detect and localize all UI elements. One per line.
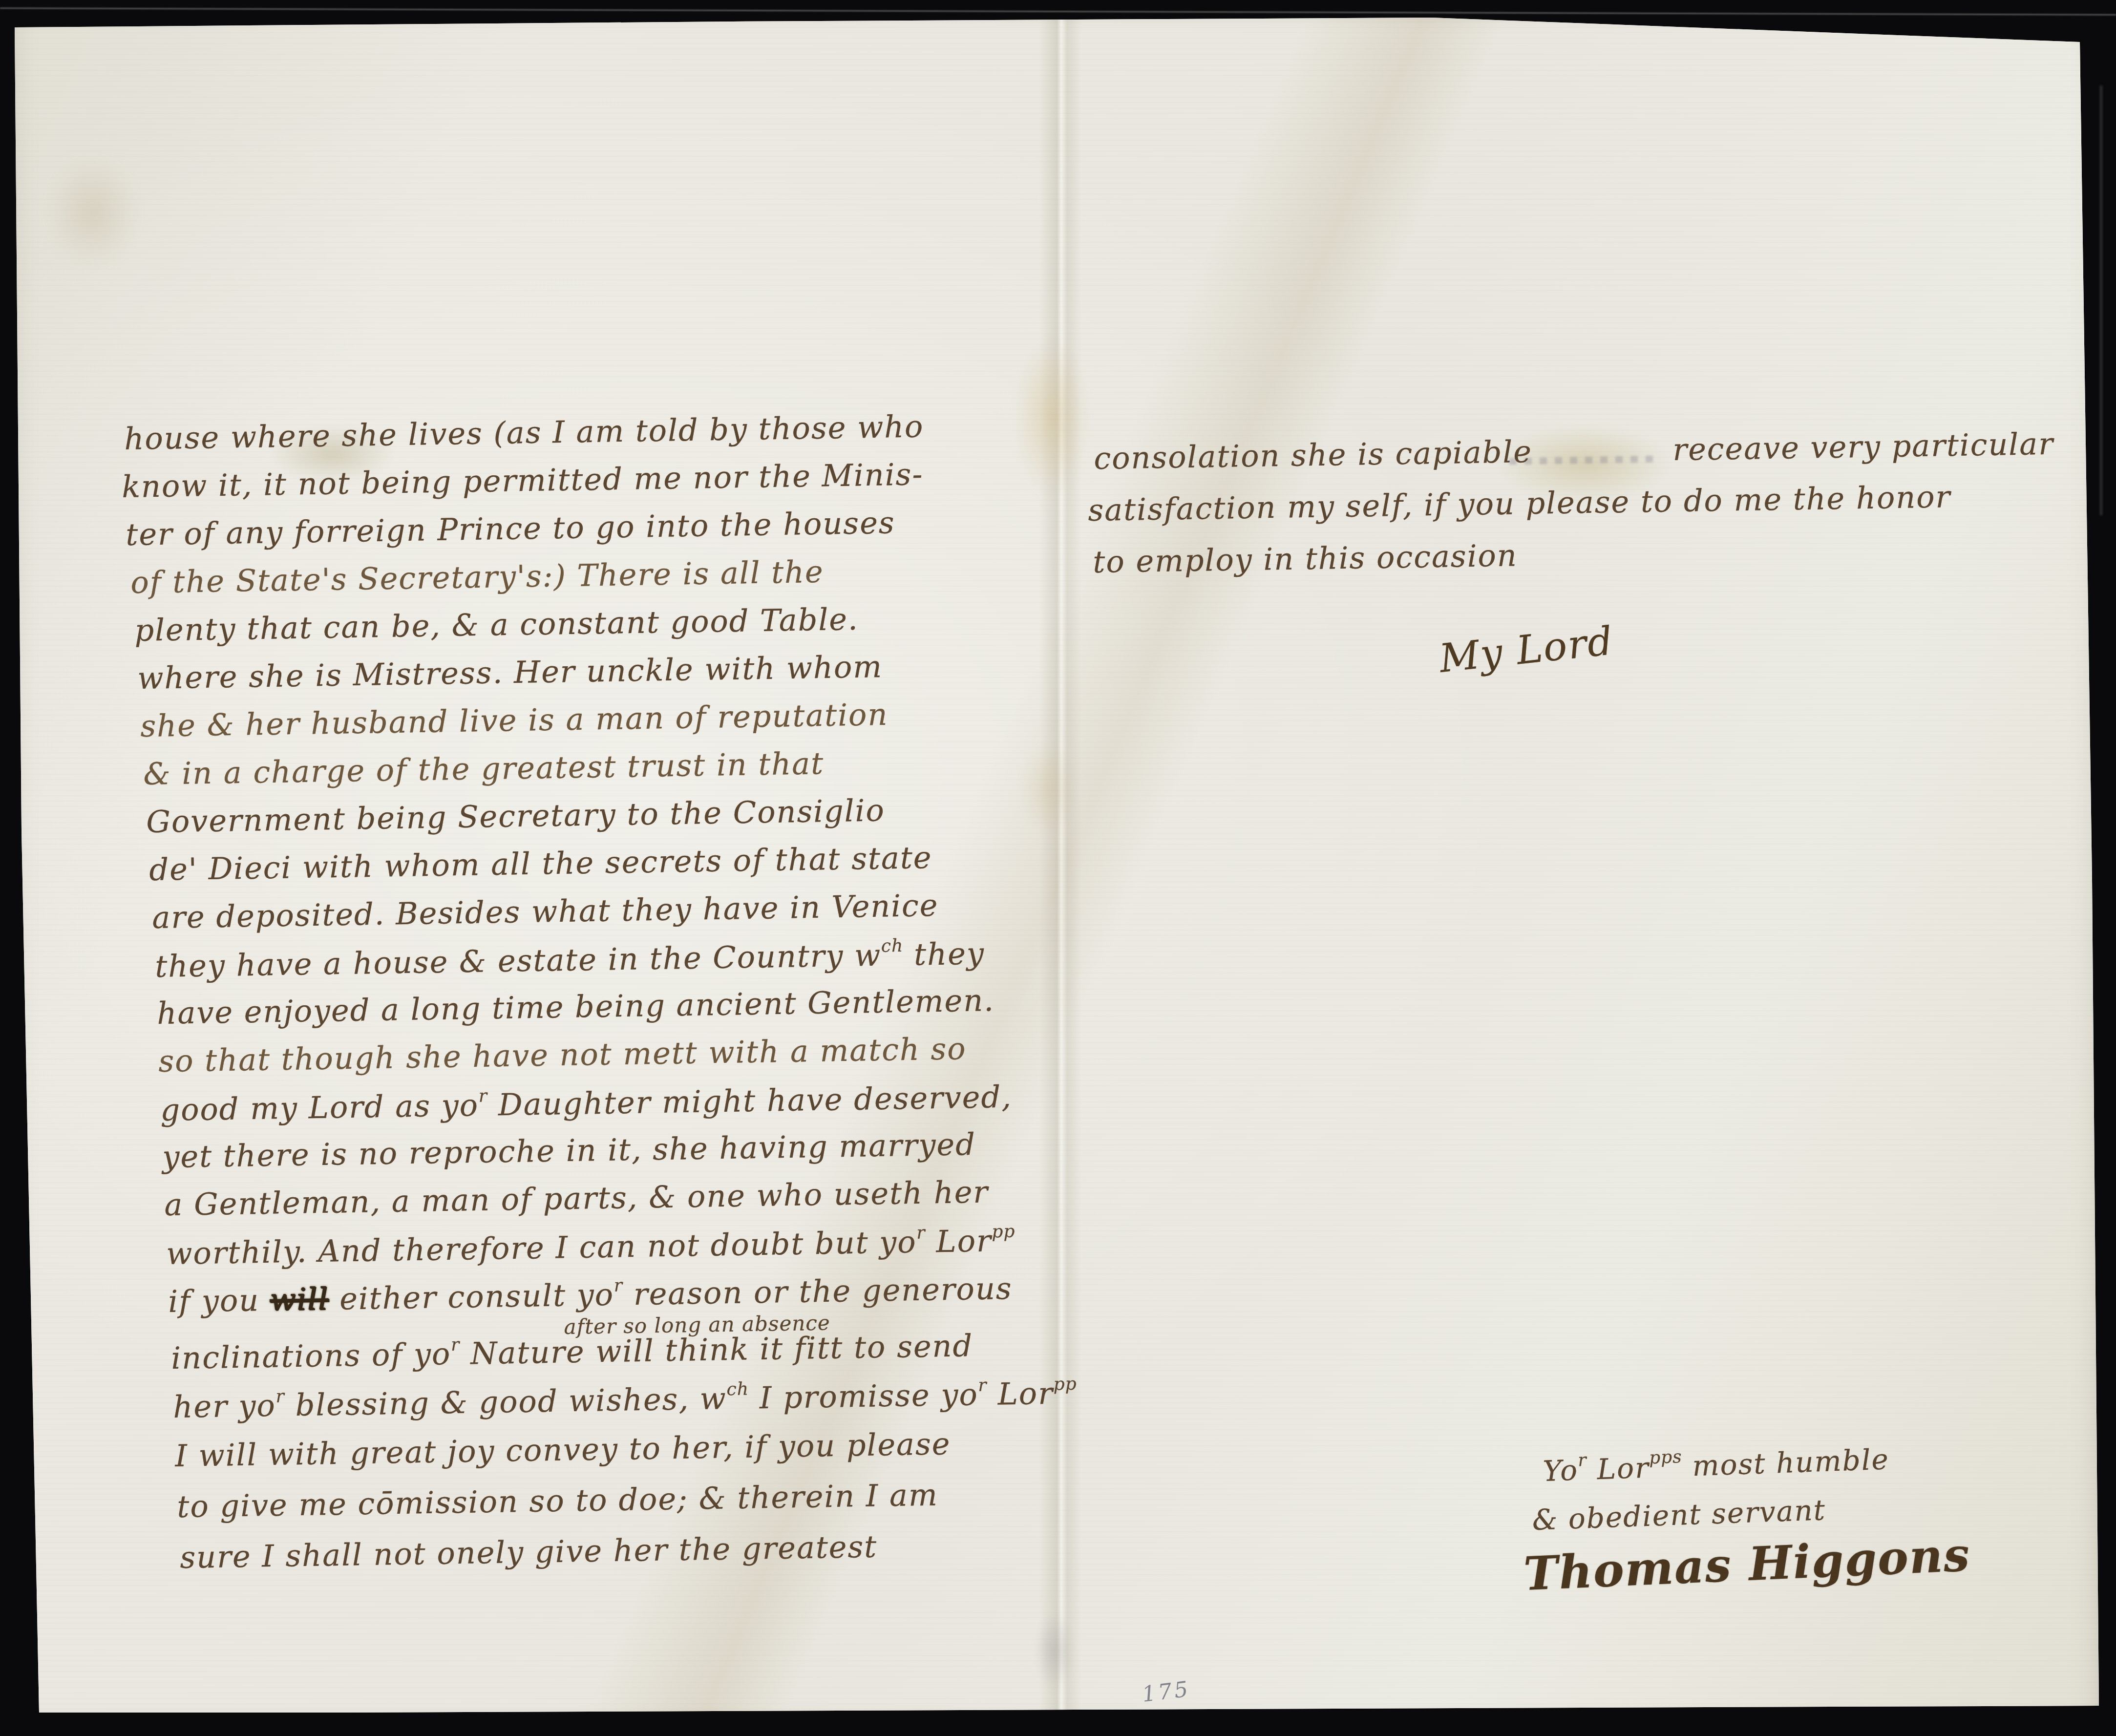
- backing-mat-line: [0, 7, 2116, 16]
- line-text: she & her husband live is a man of reput…: [140, 697, 889, 744]
- line-text: Daughter might have deserved,: [487, 1079, 1013, 1123]
- line-text: a Gentleman, a man of parts, & one who u…: [164, 1174, 989, 1223]
- line-text: sure I shall not onely give her the grea…: [180, 1529, 878, 1575]
- line-text: Lor: [925, 1223, 992, 1259]
- stain: [1021, 742, 1075, 835]
- stain: [46, 156, 139, 269]
- line-text: plenty that can be, & a constant good Ta…: [134, 601, 859, 648]
- superscript-abbreviation: r: [978, 1376, 987, 1396]
- line-text: know it, it not being permitted me nor t…: [122, 456, 924, 505]
- manuscript-line: to employ in this occasion: [1093, 537, 1518, 580]
- stain: [1035, 1612, 1074, 1690]
- superscript-abbreviation: ch: [881, 936, 904, 956]
- folio-number-text: 175: [1141, 1676, 1191, 1707]
- centre-fold-crease: [1039, 18, 1081, 1711]
- manuscript-line: have enjoyed a long time being ancient G…: [157, 982, 995, 1031]
- line-text: most humble: [1682, 1442, 1890, 1483]
- line-text: good my Lord as yo: [160, 1087, 479, 1128]
- line-text: of the State's Secretary's:) There is al…: [130, 554, 824, 600]
- line-text: My Lord: [1437, 618, 1615, 681]
- manuscript-line: consolation she is capiable: [1094, 434, 1533, 476]
- manuscript-line: where she is Mistress. Her unckle with w…: [137, 649, 883, 696]
- line-text: yet there is no reproche in it, she havi…: [162, 1126, 976, 1175]
- manuscript-line: of the State's Secretary's:) There is al…: [130, 554, 824, 600]
- erased-word-remnant: [1509, 455, 1661, 465]
- line-text: receave very particular: [1672, 426, 2054, 467]
- line-text: inclinations of yo: [171, 1336, 451, 1376]
- line-text: de' Dieci with whom all the secrets of t…: [149, 840, 932, 888]
- manuscript-line: if you will either consult yor reason or…: [168, 1270, 1013, 1319]
- line-text: if you: [168, 1282, 271, 1319]
- erased-ink-smudge: [1499, 426, 1670, 502]
- closing-line: Yor Lorpps most humble: [1542, 1440, 1889, 1488]
- line-text: have enjoyed a long time being ancient G…: [157, 982, 995, 1031]
- struck-out-word: will: [270, 1281, 329, 1318]
- superscript-abbreviation: pps: [1649, 1447, 1682, 1468]
- line-text: are deposited. Besides what they have in…: [152, 888, 939, 935]
- manuscript-line: & in a charge of the greatest trust in t…: [143, 745, 825, 792]
- superscript-abbreviation: r: [275, 1386, 285, 1406]
- manuscript-line: know it, it not being permitted me nor t…: [122, 456, 924, 505]
- line-text: & in a charge of the greatest trust in t…: [143, 745, 825, 792]
- manuscript-line: ter of any forreign Prince to go into th…: [126, 505, 895, 552]
- ink-smudge: [271, 426, 393, 482]
- line-text: after so long an absence: [564, 1311, 830, 1339]
- line-text: I promisse yo: [749, 1376, 979, 1416]
- manuscript-line: to give me cōmission so to doe; & therei…: [177, 1477, 938, 1524]
- line-text: satisfaction my self, if you please to d…: [1088, 479, 1951, 528]
- line-text: blessing & good wishes, w: [284, 1380, 727, 1423]
- manuscript-line: receave very particular: [1672, 426, 2054, 467]
- line-text: Lor: [1587, 1451, 1650, 1486]
- closing-line: & obedient servant: [1532, 1493, 1826, 1537]
- line-text: house where she lives (as I am told by t…: [124, 408, 924, 457]
- superscript-abbreviation: r: [451, 1335, 460, 1355]
- manuscript-line: they have a house & estate in the Countr…: [155, 934, 985, 984]
- line-text: Nature will think it fitt to send: [460, 1328, 973, 1371]
- signature-text: Thomas Higgons: [1523, 1528, 1971, 1601]
- line-text: to give me cōmission so to doe; & therei…: [177, 1477, 938, 1524]
- manuscript-line: a Gentleman, a man of parts, & one who u…: [164, 1174, 989, 1223]
- manuscript-line: good my Lord as yor Daughter might have …: [160, 1078, 1013, 1128]
- line-text: so that though she have not mett with a …: [158, 1031, 967, 1079]
- manuscript-line: satisfaction my self, if you please to d…: [1088, 479, 1951, 528]
- line-text: where she is Mistress. Her unckle with w…: [137, 649, 883, 696]
- line-text: Lor: [987, 1376, 1054, 1412]
- manuscript-line: worthily. And therefore I can not doubt …: [166, 1222, 1016, 1271]
- page-stack-edge: [2100, 85, 2102, 515]
- line-text: reason or the generous: [623, 1270, 1013, 1313]
- interlinear-insertion: after so long an absence: [564, 1311, 830, 1339]
- superscript-abbreviation: r: [1578, 1450, 1587, 1471]
- folio-number-pencil: 175: [1141, 1676, 1191, 1707]
- superscript-abbreviation: r: [478, 1086, 487, 1106]
- line-text: either consult yo: [329, 1277, 614, 1317]
- manuscript-line: sure I shall not onely give her the grea…: [180, 1529, 878, 1575]
- manuscript-line: I will with great joy convey to her, if …: [175, 1426, 951, 1474]
- superscript-abbreviation: r: [916, 1223, 926, 1243]
- manuscript-paper: house where she lives (as I am told by t…: [0, 0, 2116, 1736]
- line-text: Government being Secretary to the Consig…: [146, 792, 885, 840]
- line-text: worthily. And therefore I can not doubt …: [166, 1224, 917, 1271]
- superscript-abbreviation: pp: [1053, 1374, 1077, 1395]
- manuscript-line: inclinations of yor Nature will think it…: [171, 1327, 973, 1376]
- line-text: & obedient servant: [1532, 1493, 1826, 1537]
- line-text: consolation she is capiable: [1094, 434, 1533, 476]
- line-text: they: [903, 935, 985, 973]
- line-text: to employ in this occasion: [1093, 537, 1518, 580]
- salutation: My Lord: [1437, 618, 1615, 681]
- manuscript-line: so that though she have not mett with a …: [158, 1031, 967, 1079]
- manuscript-line: her yor blessing & good wishes, wch I pr…: [173, 1374, 1078, 1425]
- superscript-abbreviation: r: [614, 1275, 623, 1295]
- manuscript-line: plenty that can be, & a constant good Ta…: [134, 601, 859, 648]
- manuscript-line: de' Dieci with whom all the secrets of t…: [149, 840, 932, 888]
- manuscript-line: she & her husband live is a man of reput…: [140, 697, 889, 744]
- line-text: I will with great joy convey to her, if …: [175, 1426, 951, 1474]
- manuscript-line: are deposited. Besides what they have in…: [152, 888, 939, 935]
- stain: [1015, 337, 1088, 498]
- manuscript-line: house where she lives (as I am told by t…: [124, 408, 924, 457]
- signature: Thomas Higgons: [1523, 1528, 1971, 1601]
- superscript-abbreviation: ch: [726, 1379, 749, 1399]
- line-text: ter of any forreign Prince to go into th…: [126, 505, 895, 552]
- line-text: Yo: [1543, 1454, 1579, 1488]
- manuscript-line: yet there is no reproche in it, she havi…: [162, 1126, 976, 1175]
- line-text: they have a house & estate in the Countr…: [155, 937, 882, 984]
- photograph-background: house where she lives (as I am told by t…: [0, 0, 2116, 1736]
- superscript-abbreviation: pp: [992, 1222, 1016, 1242]
- manuscript-line: Government being Secretary to the Consig…: [146, 792, 885, 840]
- line-text: her yo: [173, 1388, 276, 1425]
